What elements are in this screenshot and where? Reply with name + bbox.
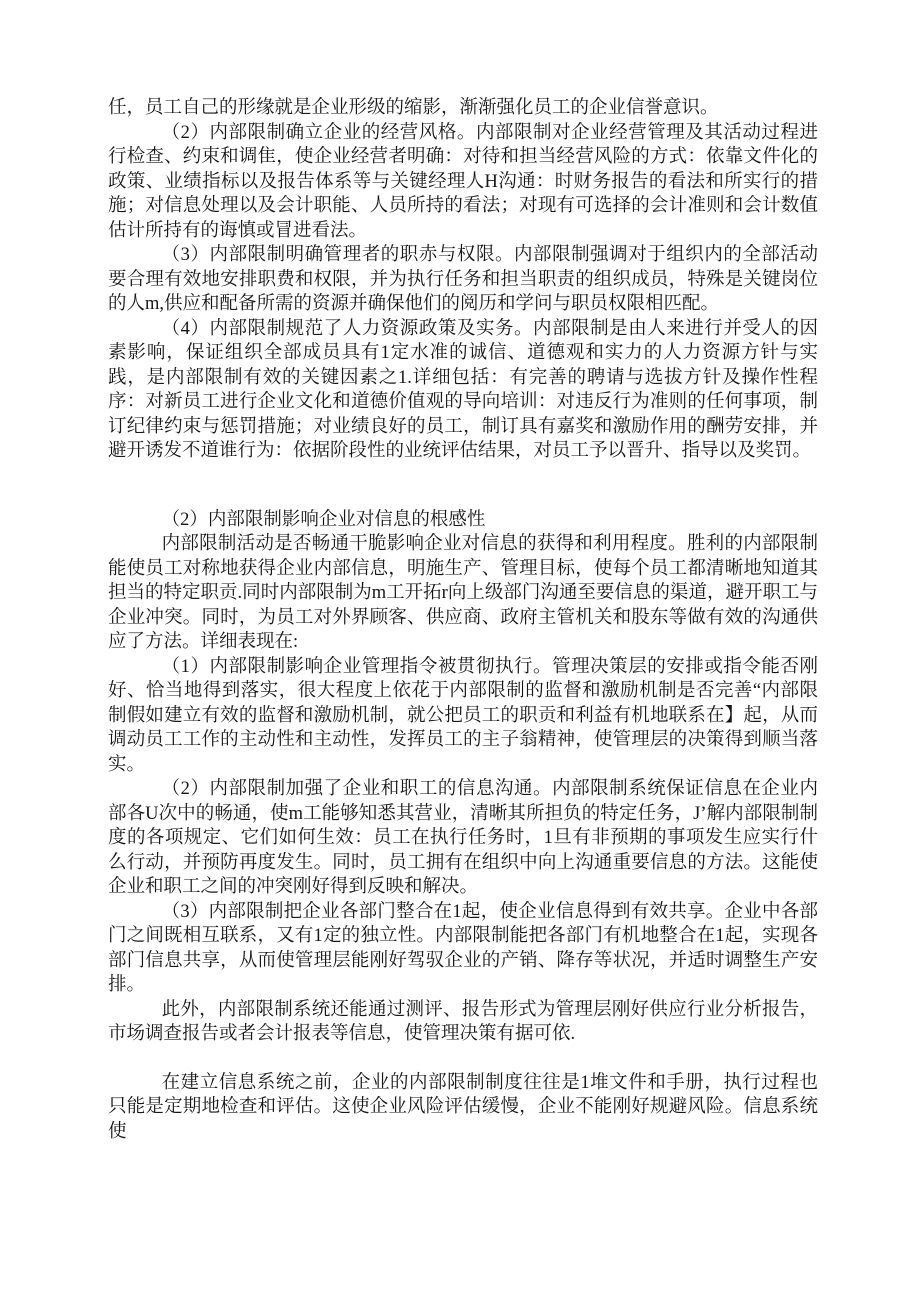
paragraph: （2）内部限制加强了企业和职工的信息沟通。内部限制系统保证信息在企业内部各U次中… bbox=[108, 777, 818, 900]
paragraph: （4）内部限制规范了人力资源政策及实务。内部限制是由人来进行并受人的因素影响，保… bbox=[108, 317, 818, 464]
document-page: 任，员工自己的形缘就是企业形级的缩影，渐渐强化员工的企业信誉意识。（2）内部限制… bbox=[0, 0, 920, 1301]
paragraph: 内部限制活动是否畅通干脆影响企业对信息的获得和利用程度。胜利的内部限制能使员工对… bbox=[108, 532, 818, 655]
paragraph: （1）内部限制影响企业管理指令被贯彻执行。管理决策层的安排或指令能否刚好、恰当地… bbox=[108, 655, 818, 778]
paragraph: （3）内部限制明确管理者的职赤与权限。内部限制强调对于组织内的全部活动要合理有效… bbox=[108, 243, 818, 317]
continuation-line: 任，员工自己的形缘就是企业形级的缩影，渐渐强化员工的企业信誉意识。 bbox=[108, 96, 818, 121]
paragraph: 此外，内部限制系统还能通过测评、报告形式为管理层刚好供应行业分析报告，市场调查报… bbox=[108, 998, 818, 1047]
paragraph: （3）内部限制把企业各部门整合在1起，使企业信息得到有效共享。企业中各部门之间既… bbox=[108, 900, 818, 998]
section-heading: （2）内部限制影响企业对信息的根感性 bbox=[108, 508, 818, 533]
paragraph: 在建立信息系统之前，企业的内部限制制度往往是1堆文件和手册，执行过程也只能是定期… bbox=[108, 1071, 818, 1145]
paragraph: （2）内部限制确立企业的经营风格。内部限制对企业经营管理及其活动过程进行检查、约… bbox=[108, 121, 818, 244]
